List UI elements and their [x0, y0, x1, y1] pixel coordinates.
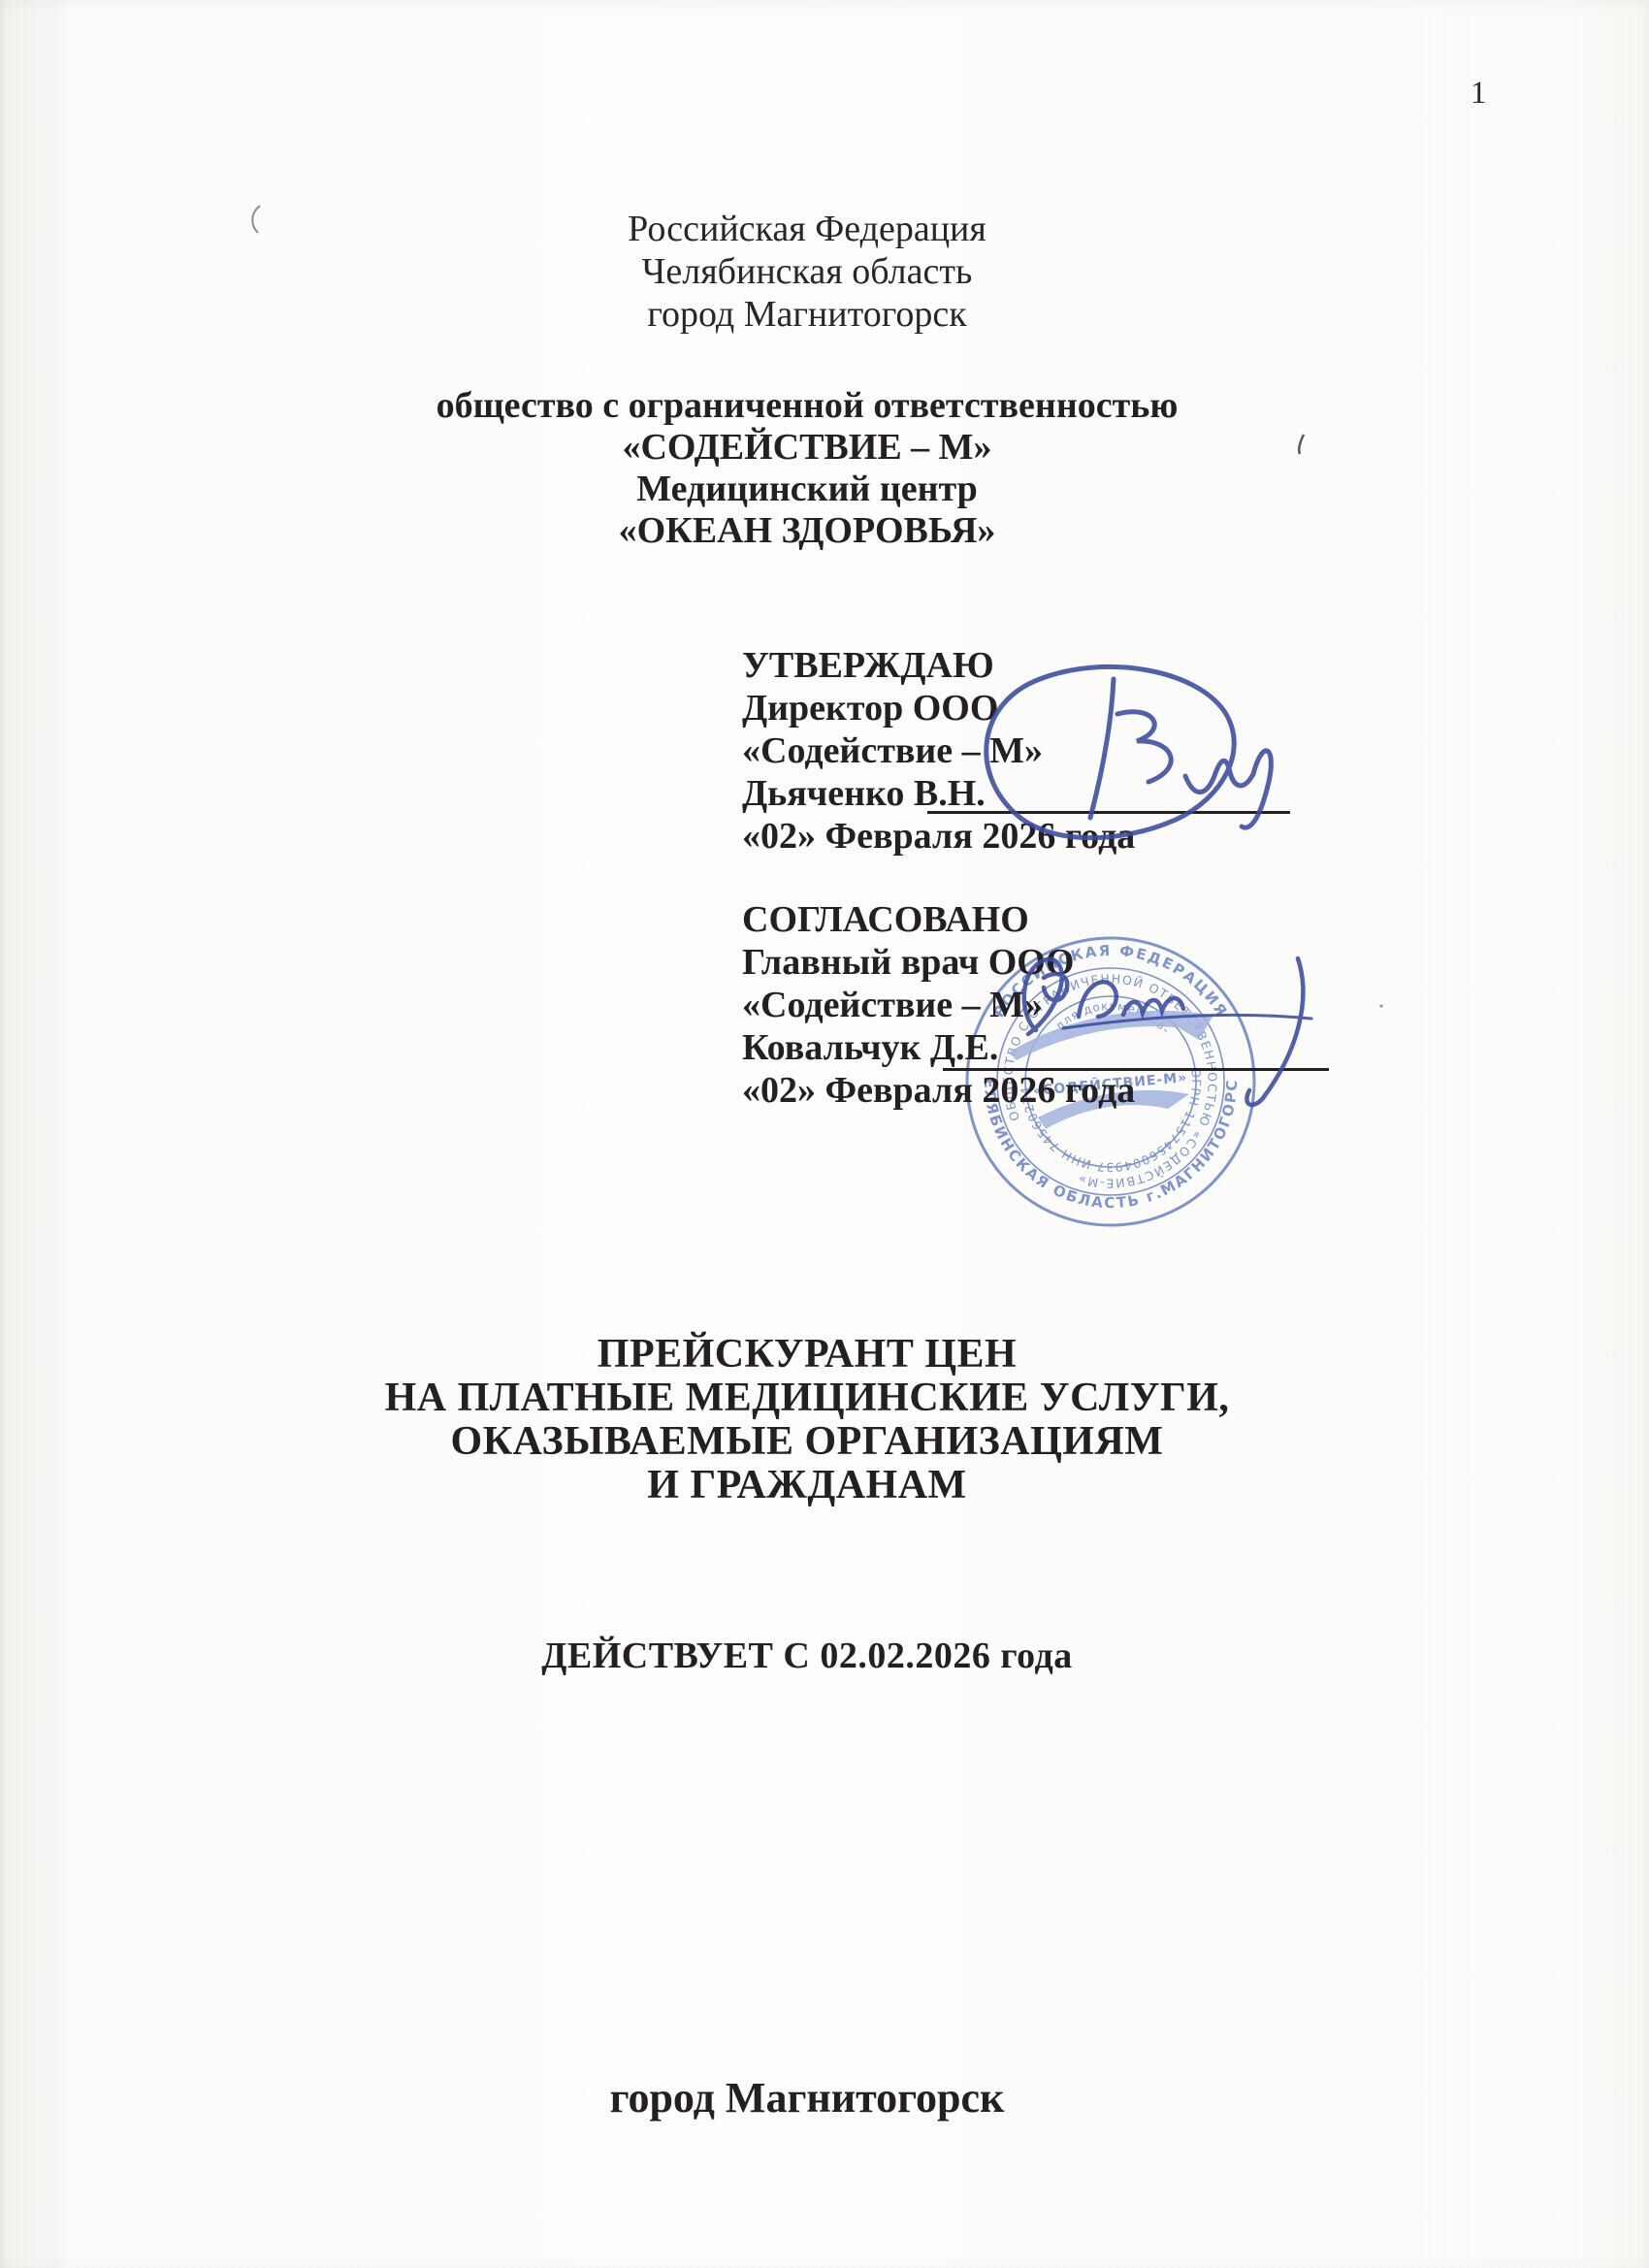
stray-mark-left	[252, 206, 260, 233]
signature-director	[986, 666, 1272, 837]
scan-speck	[1380, 1005, 1383, 1008]
scanned-document-page: РОССИЙСКАЯ ФЕДЕРАЦИЯ * ЧЕЛЯБИНСКАЯ ОБЛАС…	[0, 0, 1649, 2268]
signature-chief-doctor	[1024, 958, 1311, 1105]
stray-mark-right	[1299, 435, 1304, 454]
ink-annotations-layer	[0, 0, 1649, 2268]
